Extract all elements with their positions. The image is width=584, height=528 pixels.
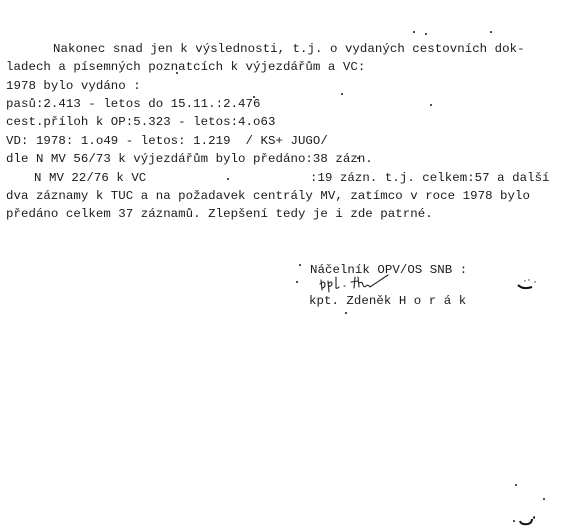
signature-name: kpt. Zdeněk H o r á k: [309, 294, 466, 308]
body-line-6: VD: 1978: 1.o49 - letos: 1.219 / KS+ JUG…: [6, 134, 328, 148]
speck: [430, 104, 432, 106]
body-line-8a: N MV 22/76 k VC: [34, 171, 146, 185]
body-line-3: 1978 bylo vydáno :: [6, 79, 141, 93]
body-line-7: dle N MV 56/73 k výjezdářům bylo předáno…: [6, 152, 373, 166]
speck: [515, 484, 517, 486]
speck: [299, 264, 301, 266]
stamp-mark-bottom-icon: [515, 510, 539, 528]
speck: [345, 312, 347, 314]
stamp-mark-icon: [515, 278, 539, 292]
body-line-2: ladech a písemných poznatcích k výjezdář…: [6, 60, 365, 74]
body-line-1: Nakonec snad jen k výslednosti, t.j. o v…: [53, 42, 525, 56]
speck: [227, 178, 229, 180]
handwritten-signature: [318, 274, 398, 296]
speck: [296, 281, 298, 283]
speck: [176, 72, 178, 74]
speck: [413, 31, 415, 33]
speck: [253, 96, 255, 98]
document-page: Nakonec snad jen k výslednosti, t.j. o v…: [0, 0, 584, 528]
speck: [425, 33, 427, 35]
body-line-10: předáno celkem 37 záznamů. Zlepšení tedy…: [6, 207, 433, 221]
speck: [543, 498, 545, 500]
speck: [513, 520, 515, 522]
speck: [357, 157, 359, 159]
body-line-9: dva záznamy k TUC a na požadavek centrál…: [6, 189, 530, 203]
body-line-4: pasů:2.413 - letos do 15.11.:2.476: [6, 97, 261, 111]
body-line-8b: :19 zázn. t.j. celkem:57 a další: [310, 171, 550, 185]
speck: [490, 31, 492, 33]
speck: [341, 93, 343, 95]
body-line-5: cest.příloh k OP:5.323 - letos:4.o63: [6, 115, 275, 129]
